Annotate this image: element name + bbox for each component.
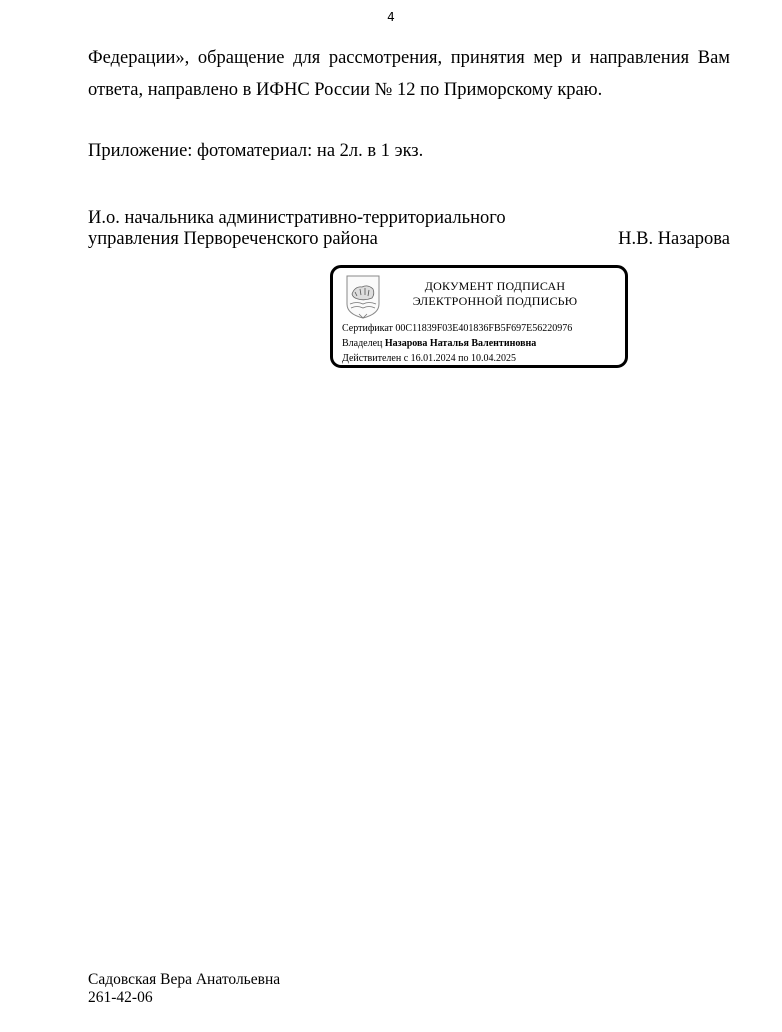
body-line-1: Федерации», обращение для рассмотрения, …	[88, 42, 730, 74]
attachment-note: Приложение: фотоматериал: на 2л. в 1 экз…	[88, 141, 423, 162]
certificate-row: Сертификат 00C11839F03E401836FB5F697E562…	[342, 321, 572, 336]
executor-name: Садовская Вера Анатольевна	[88, 971, 280, 989]
certificate-value: 00C11839F03E401836FB5F697E56220976	[395, 323, 572, 334]
valid-to: 10.04.2025	[471, 353, 516, 364]
stamp-heading-line-2: ЭЛЕКТРОННОЙ ПОДПИСЬЮ	[395, 294, 595, 309]
stamp-heading-line-1: ДОКУМЕНТ ПОДПИСАН	[395, 279, 595, 294]
stamp-heading: ДОКУМЕНТ ПОДПИСАН ЭЛЕКТРОННОЙ ПОДПИСЬЮ	[395, 279, 595, 309]
valid-from: 16.01.2024	[411, 353, 456, 364]
page-number: 4	[0, 10, 782, 24]
signatory-title: И.о. начальника административно-территор…	[88, 208, 506, 250]
body-line-2: ответа, направлено в ИФНС России № 12 по…	[88, 74, 730, 106]
stamp-details: Сертификат 00C11839F03E401836FB5F697E562…	[342, 321, 572, 366]
executor-phone: 261-42-06	[88, 989, 280, 1007]
body-paragraph: Федерации», обращение для рассмотрения, …	[88, 42, 730, 106]
signatory-name: Н.В. Назарова	[618, 229, 730, 250]
executor-footer: Садовская Вера Анатольевна 261-42-06	[88, 971, 280, 1007]
validity-row: Действителен с 16.01.2024 по 10.04.2025	[342, 351, 572, 366]
signatory-title-line-2: управления Первореченского района	[88, 229, 506, 250]
valid-to-label: по	[458, 353, 468, 364]
valid-label: Действителен с	[342, 353, 408, 364]
electronic-signature-stamp: ДОКУМЕНТ ПОДПИСАН ЭЛЕКТРОННОЙ ПОДПИСЬЮ С…	[330, 265, 628, 368]
coat-of-arms-tiger-icon	[345, 274, 381, 320]
owner-label: Владелец	[342, 338, 382, 349]
owner-value: Назарова Наталья Валентиновна	[385, 338, 536, 349]
signatory-title-line-1: И.о. начальника административно-территор…	[88, 208, 506, 229]
owner-row: Владелец Назарова Наталья Валентиновна	[342, 336, 572, 351]
certificate-label: Сертификат	[342, 323, 393, 334]
